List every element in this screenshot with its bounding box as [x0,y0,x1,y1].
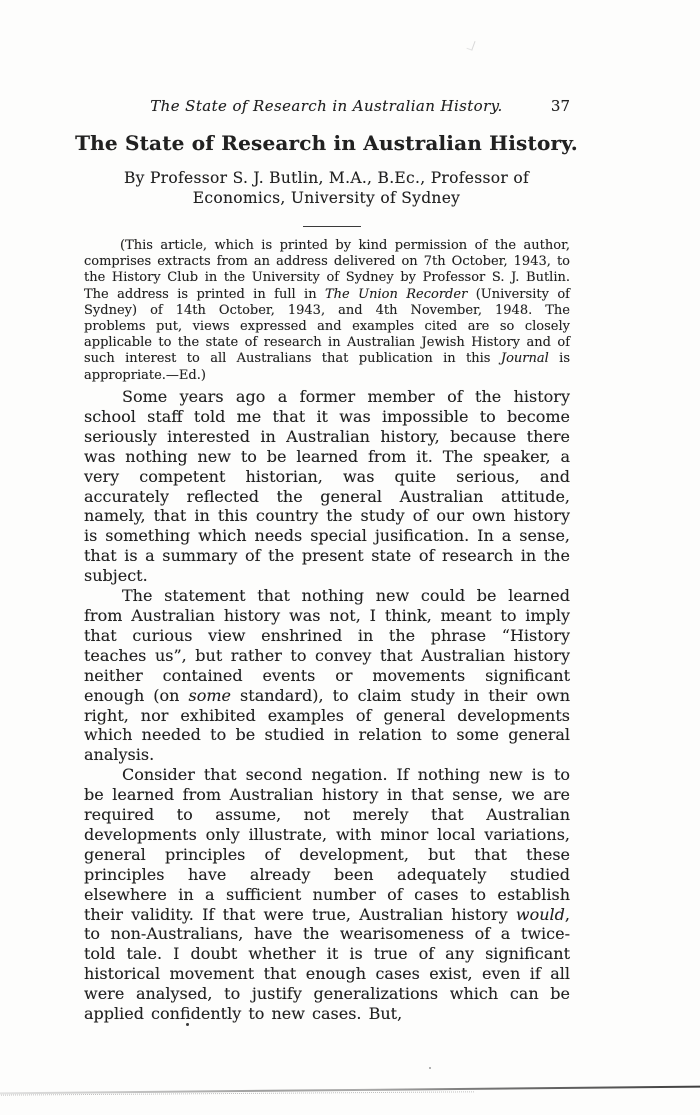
editorial-note: (This article, which is printed by kind … [84,238,570,384]
paragraph-3-text-1: Consider that second negation. If nothin… [84,765,570,923]
running-head-title: The State of Research in Australian Hist… [150,97,502,115]
byline-line-1: By Professor S. J. Butlin, M.A., B.Ec., … [124,169,529,187]
paragraph-2-italic-some: some [189,686,231,705]
scanned-journal-page: The State of Research in Australian Hist… [0,0,700,1115]
editorial-note-italic-journal: Journal [501,351,549,366]
article-body: Some years ago a former member of the hi… [84,387,570,1024]
ink-dot-artifact [429,1067,431,1069]
scan-speck-artifact [466,39,475,50]
article-title: The State of Research in Australian Hist… [70,131,583,155]
ink-dot-artifact [186,1023,189,1026]
byline: By Professor S. J. Butlin, M.A., B.Ec., … [85,169,568,208]
paragraph-2: The statement that nothing new could be … [84,586,570,765]
running-head: The State of Research in Australian Hist… [85,97,568,115]
paragraph-1: Some years ago a former member of the hi… [84,387,570,586]
byline-line-2: Economics, University of Sydney [193,189,460,207]
paragraph-3: Consider that second negation. If nothin… [84,765,570,1024]
paragraph-3-italic-would: would [516,905,565,924]
section-divider-rule [303,226,361,227]
page-number: 37 [551,97,570,115]
editorial-note-italic-union-recorder: The Union Recorder [325,287,467,302]
